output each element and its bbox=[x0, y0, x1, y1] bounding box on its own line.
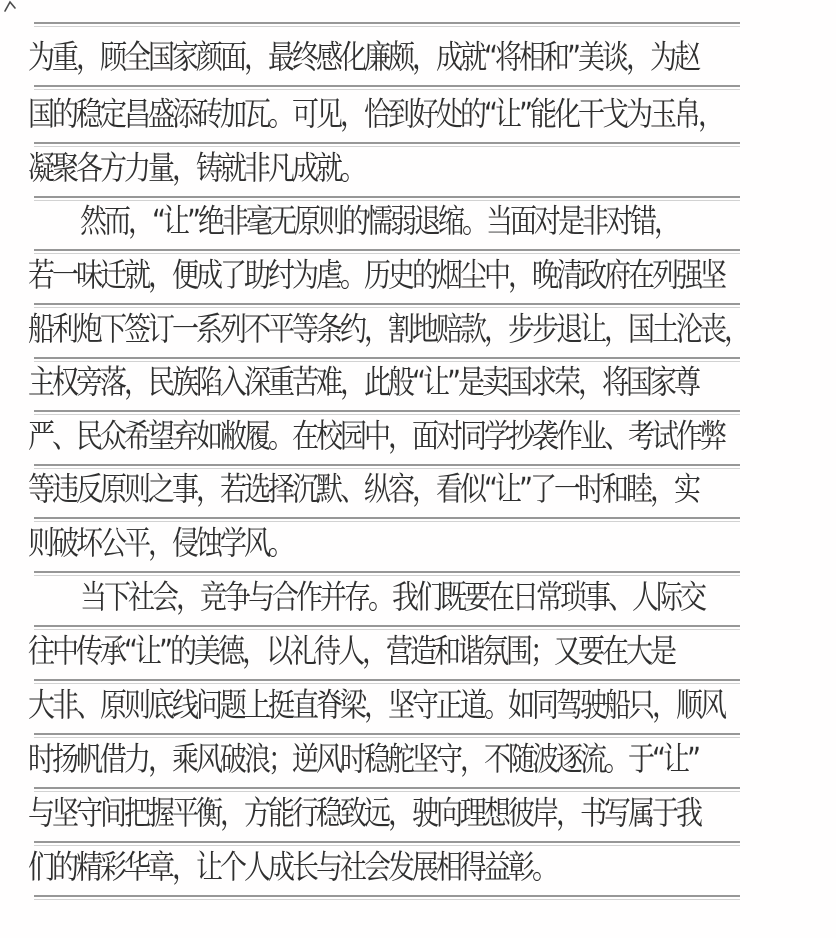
handwritten-essay-page: 为重，顾全国家颜面，最终感化廉颇，成就“将相和”美谈，为赵 国的稳定昌盛添砖加瓦… bbox=[0, 0, 836, 938]
essay-line: 主权旁落，民族陷入深重苦难，此般“让”是卖国求荣，将国家尊 bbox=[28, 356, 798, 410]
essay-line: 们的精彩华章，让个人成长与社会发展相得益彰。 bbox=[28, 841, 798, 895]
essay-line: 等违反原则之事，若选择沉默、纵容，看似“让”了一时和睦，实 bbox=[28, 463, 798, 517]
essay-line: 时扬帆借力，乘风破浪；逆风时稳舵坚守，不随波逐流。于“让” bbox=[28, 733, 798, 787]
essay-line: 则破坏公平，侵蚀学风。 bbox=[28, 517, 798, 571]
ruled-line bbox=[34, 22, 740, 27]
essay-line: 当下社会，竞争与合作并存。我们既要在日常琐事、人际交 bbox=[28, 571, 836, 625]
essay-line: 若一味迁就，便成了助纣为虐。历史的烟尘中，晚清政府在列强坚 bbox=[28, 249, 798, 303]
essay-line: 大非、原则底线问题上挺直脊梁，坚守正道。如同驾驶船只，顺风 bbox=[28, 679, 798, 733]
essay-line: 严、民众希望弃如敝履。在校园中，面对同学抄袭作业、考试作弊 bbox=[28, 410, 798, 464]
essay-line: 与坚守间把握平衡，方能行稳致远，驶向理想彼岸，书写属于我 bbox=[28, 787, 798, 841]
ruled-line bbox=[34, 895, 740, 900]
essay-line: 凝聚各方力量，铸就非凡成就。 bbox=[28, 142, 798, 196]
essay-line: 往中传承“让”的美德，以礼待人，营造和谐氛围；又要在大是 bbox=[28, 625, 798, 679]
essay-line: 国的稳定昌盛添砖加瓦。可见，恰到好处的“让”能化干戈为玉帛， bbox=[28, 88, 798, 142]
stray-ink-mark bbox=[2, 0, 20, 14]
essay-line: 船利炮下签订一系列不平等条约，割地赔款，步步退让，国土沦丧， bbox=[28, 303, 798, 357]
essay-line: 然而，“让”绝非毫无原则的懦弱退缩。当面对是非对错， bbox=[28, 195, 836, 249]
essay-line: 为重，顾全国家颜面，最终感化廉颇，成就“将相和”美谈，为赵 bbox=[28, 31, 798, 85]
